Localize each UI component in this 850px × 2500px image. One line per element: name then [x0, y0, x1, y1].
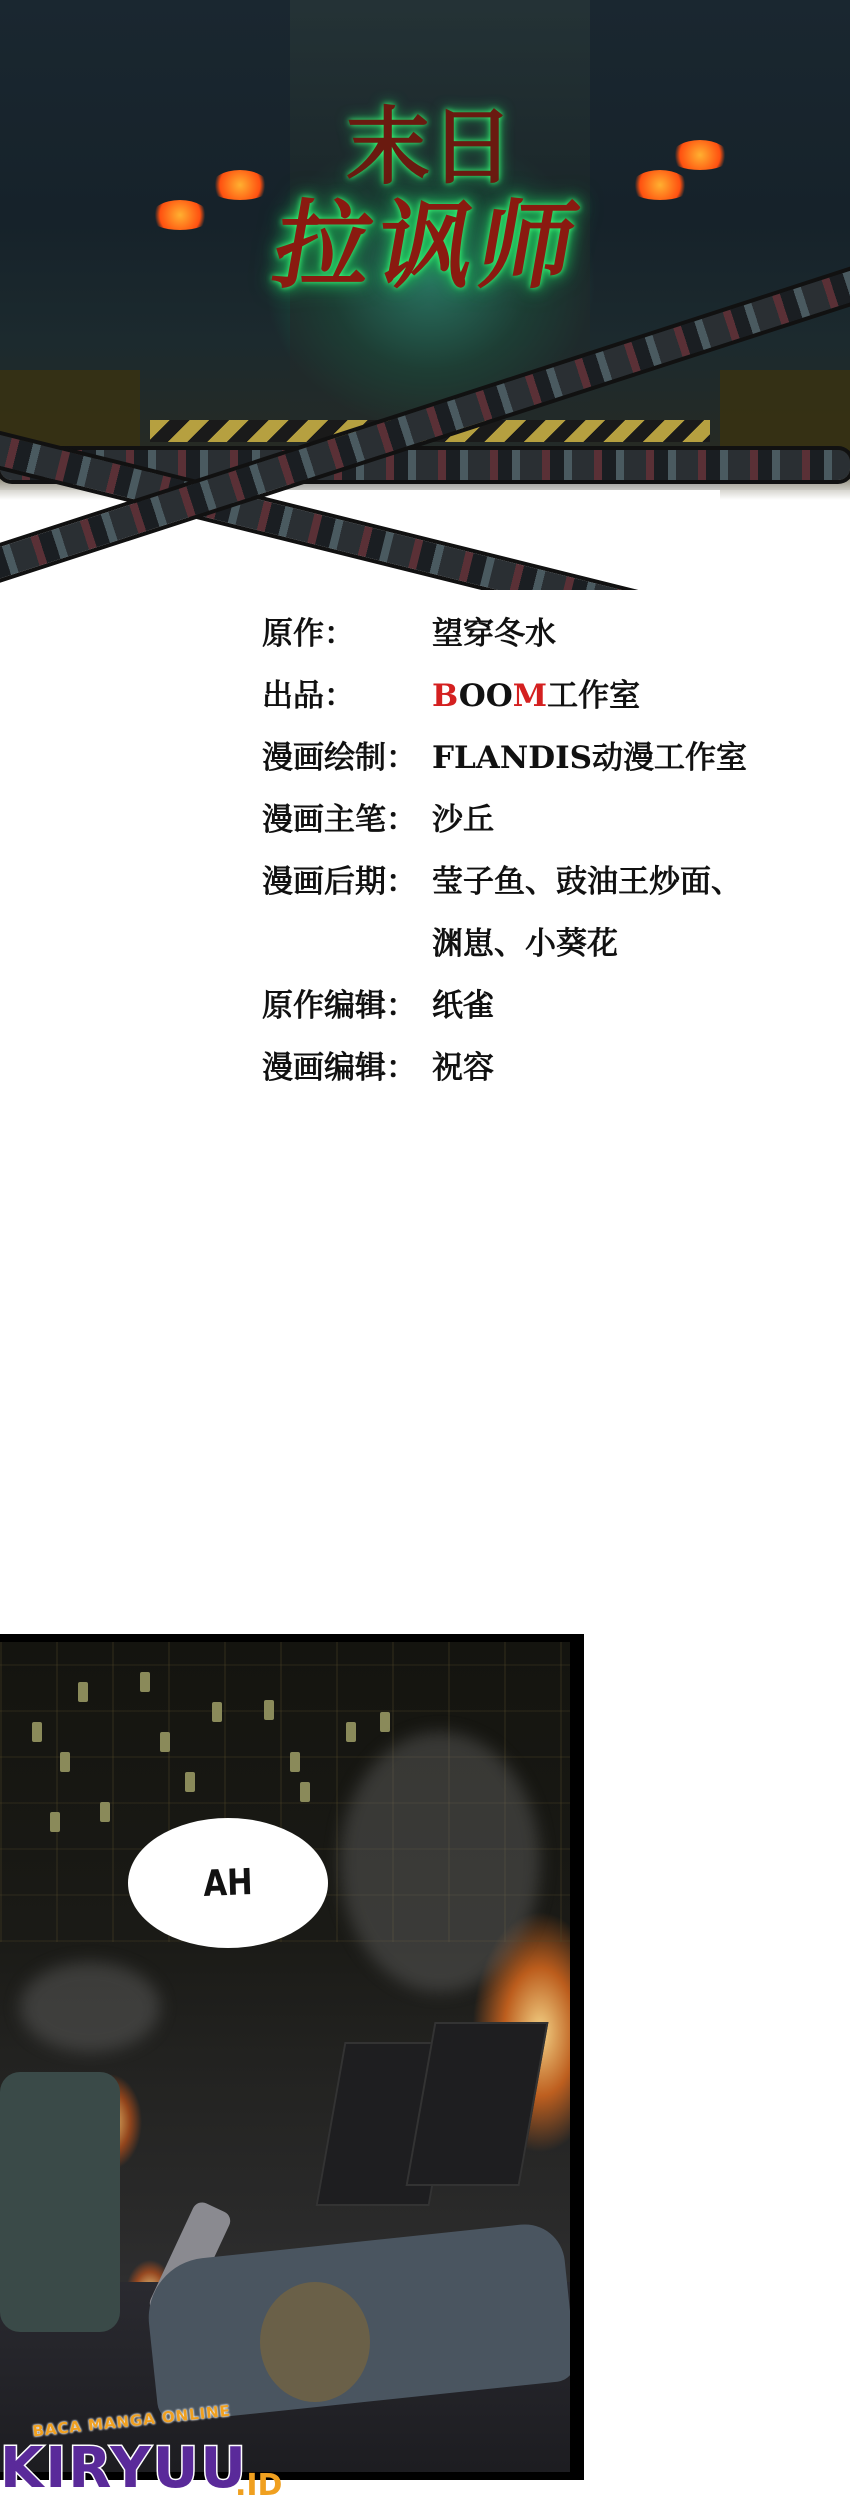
credit-label: 漫画编辑：: [262, 1048, 432, 1088]
credit-value: 祝容: [432, 1048, 782, 1088]
credit-label: 漫画后期：: [262, 862, 432, 902]
credit-label: 出品：: [262, 676, 432, 716]
ceiling-lamp: [160, 1732, 170, 1752]
credit-label: 漫画绘制：: [262, 738, 432, 778]
ceiling-lamp: [32, 1722, 42, 1742]
credit-lead-artist: 漫画主笔： 沙丘: [262, 800, 782, 862]
credit-value: 望穿冬水: [432, 614, 782, 654]
credit-comic-editor: 漫画编辑： 祝容: [262, 1048, 782, 1110]
credit-original-author: 原作： 望穿冬水: [262, 614, 782, 676]
flame-icon: [670, 140, 730, 170]
credit-post-production: 漫画后期： 莹子鱼、豉油王炒面、: [262, 862, 782, 924]
smoke: [340, 1732, 540, 1992]
ceiling-lamp: [78, 1682, 88, 1702]
speech-bubble: AH: [128, 1818, 328, 1948]
smoke: [20, 1962, 160, 2052]
credit-original-editor: 原作编辑： 纸雀: [262, 986, 782, 1048]
credit-post-production-cont: 渊崽、小葵花: [262, 924, 782, 986]
ceiling-lamp: [380, 1712, 390, 1732]
panel-scene: [0, 1642, 570, 2472]
ceiling-lamp: [346, 1722, 356, 1742]
ceiling-lamp: [140, 1672, 150, 1692]
ceiling-lamp: [60, 1752, 70, 1772]
comic-panel: [0, 1634, 584, 2480]
fallen-head: [260, 2282, 370, 2402]
credit-value-part: M: [513, 678, 547, 714]
credit-value: FLANDIS动漫工作室: [432, 738, 782, 778]
credit-label: 原作编辑：: [262, 986, 432, 1026]
watermark-suffix: .ID: [235, 2468, 282, 2500]
credit-illustration: 漫画绘制： FLANDIS动漫工作室: [262, 738, 782, 800]
credit-value-part: OO: [459, 678, 513, 714]
credit-value: 渊崽、小葵花: [432, 924, 782, 964]
credit-value-part: 工作室: [547, 678, 640, 714]
watermark-logo: BACA MANGA ONLINE KIRYUU .ID: [0, 2410, 300, 2500]
credit-value-part: B: [432, 678, 459, 714]
watermark-brand: KIRYUU: [0, 2436, 248, 2500]
credit-producer: 出品： BOOM工作室: [262, 676, 782, 738]
credit-value: 纸雀: [432, 986, 782, 1026]
ceiling-lamp: [212, 1702, 222, 1722]
credits-block: 原作： 望穿冬水 出品： BOOM工作室 漫画绘制： FLANDIS动漫工作室 …: [262, 614, 782, 1110]
ceiling-lamp: [264, 1700, 274, 1720]
speech-bubble-text: AH: [203, 1862, 253, 1905]
title-line-2: 拉讽师: [98, 170, 762, 307]
credit-label: 漫画主笔：: [262, 800, 432, 840]
credit-label: 原作：: [262, 614, 432, 654]
credit-value: BOOM工作室: [432, 676, 782, 716]
ceiling-lamp: [290, 1752, 300, 1772]
seated-figure: [0, 2072, 120, 2332]
cover-art: 末日 拉讽师: [0, 0, 850, 590]
credit-value: 沙丘: [432, 800, 782, 840]
ceiling-lamp: [100, 1802, 110, 1822]
credit-value: 莹子鱼、豉油王炒面、: [432, 862, 782, 902]
ceiling-lamp: [50, 1812, 60, 1832]
ceiling-lamp: [185, 1772, 195, 1792]
ceiling-lamp: [300, 1782, 310, 1802]
title-logo: 末日 拉讽师: [110, 60, 750, 420]
